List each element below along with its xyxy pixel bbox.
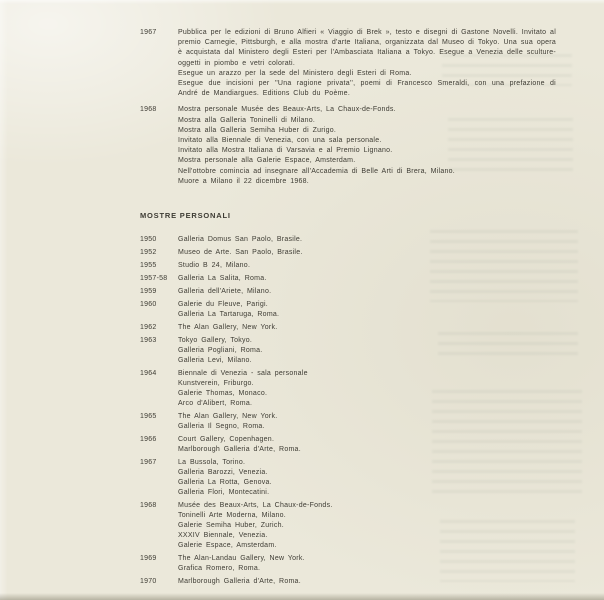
exhibition-entry: 1962 The Alan Gallery, New York. <box>140 323 558 333</box>
bio-paragraph: Mostra alla Galleria Toninelli di Milano… <box>178 116 556 126</box>
exhibition-entry: 1967 La Bussola, Torino.Galleria Barozzi… <box>140 458 558 498</box>
exhibition-year: 1965 <box>140 412 178 432</box>
exhibition-venues: The Alan Gallery, New York.Galleria Il S… <box>178 412 556 432</box>
bio-paragraphs: Mostra personale Musée des Beaux-Arts, L… <box>178 105 556 187</box>
page-left-edge-highlight <box>0 0 8 600</box>
bio-paragraph: Esegue un arazzo per la sede del Ministe… <box>178 69 556 79</box>
exhibition-venue: Galleria La Rotta, Genova. <box>178 478 556 488</box>
exhibition-year: 1952 <box>140 248 178 258</box>
exhibition-year: 1966 <box>140 435 178 455</box>
bio-paragraphs: Pubblica per le edizioni di Bruno Alfier… <box>178 28 556 99</box>
exhibition-entry: 1968 Musée des Beaux-Arts, La Chaux-de-F… <box>140 501 558 551</box>
exhibition-venues: The Alan Gallery, New York. <box>178 323 556 333</box>
exhibition-venues: Biennale di Venezia - sala personaleKuns… <box>178 369 556 409</box>
exhibition-venue: Galleria dell'Ariete, Milano. <box>178 287 556 297</box>
exhibition-year: 1963 <box>140 336 178 366</box>
exhibition-year: 1964 <box>140 369 178 409</box>
exhibition-venues: Galleria Domus San Paolo, Brasile. <box>178 235 556 245</box>
exhibition-venues: Tokyo Gallery, Tokyo.Galleria Pogliani, … <box>178 336 556 366</box>
exhibition-entry: 1959 Galleria dell'Ariete, Milano. <box>140 287 558 297</box>
exhibition-entry: 1960 Galerie du Fleuve, Parigi.Galleria … <box>140 300 558 320</box>
exhibition-year: 1950 <box>140 235 178 245</box>
biography-section: 1967 Pubblica per le edizioni di Bruno A… <box>140 28 558 187</box>
exhibition-venue: Galleria La Tartaruga, Roma. <box>178 310 556 320</box>
exhibition-entry: 1950 Galleria Domus San Paolo, Brasile. <box>140 235 558 245</box>
exhibition-venues: Musée des Beaux-Arts, La Chaux-de-Fonds.… <box>178 501 556 551</box>
page-top-edge-highlight <box>0 0 604 4</box>
exhibition-entry: 1965 The Alan Gallery, New York.Galleria… <box>140 412 558 432</box>
exhibition-year: 1957-58 <box>140 274 178 284</box>
biography-year: 1967 <box>140 28 178 99</box>
scanned-book-page: 1967 Pubblica per le edizioni di Bruno A… <box>0 0 604 600</box>
biography-entry: 1968 Mostra personale Musée des Beaux-Ar… <box>140 105 558 187</box>
bio-paragraph: Invitato alla Biennale di Venezia, con u… <box>178 136 556 146</box>
exhibition-venue: Court Gallery, Copenhagen. <box>178 435 556 445</box>
exhibition-venue: Museo de Arte. San Paolo, Brasile. <box>178 248 556 258</box>
page-bottom-edge-shadow <box>0 593 604 600</box>
exhibition-venue: Galleria Levi, Milano. <box>178 356 556 366</box>
exhibition-venue: Studio B 24, Milano. <box>178 261 556 271</box>
exhibition-year: 1967 <box>140 458 178 498</box>
exhibition-venues: Museo de Arte. San Paolo, Brasile. <box>178 248 556 258</box>
exhibition-venue: Galerie Thomas, Monaco. <box>178 389 556 399</box>
exhibition-year: 1969 <box>140 554 178 574</box>
exhibition-venues: The Alan-Landau Gallery, New York.Grafic… <box>178 554 556 574</box>
bio-paragraph: Mostra personale alla Galerie Espace, Am… <box>178 156 556 166</box>
exhibition-venue: Galleria Domus San Paolo, Brasile. <box>178 235 556 245</box>
exhibition-venue: Galerie Espace, Amsterdam. <box>178 541 556 551</box>
exhibition-entry: 1963 Tokyo Gallery, Tokyo.Galleria Pogli… <box>140 336 558 366</box>
page-content: 1967 Pubblica per le edizioni di Bruno A… <box>140 28 558 590</box>
exhibition-venues: La Bussola, Torino.Galleria Barozzi, Ven… <box>178 458 556 498</box>
exhibition-venue: Biennale di Venezia - sala personale <box>178 369 556 379</box>
exhibition-venue: Galerie Semiha Huber, Zurich. <box>178 521 556 531</box>
exhibition-venue: Galleria Pogliani, Roma. <box>178 346 556 356</box>
exhibition-venue: The Alan-Landau Gallery, New York. <box>178 554 556 564</box>
exhibitions-heading: MOSTRE PERSONALI <box>140 211 558 221</box>
exhibition-venue: XXXIV Biennale, Venezia. <box>178 531 556 541</box>
exhibition-venues: Galleria La Salita, Roma. <box>178 274 556 284</box>
bio-paragraph: Mostra personale Musée des Beaux-Arts, L… <box>178 105 556 115</box>
exhibition-venue: Galleria Il Segno, Roma. <box>178 422 556 432</box>
exhibition-venue: Galleria Flori, Montecatini. <box>178 488 556 498</box>
bio-paragraph: Mostra alla Galleria Semiha Huber di Zur… <box>178 126 556 136</box>
exhibition-entry: 1952 Museo de Arte. San Paolo, Brasile. <box>140 248 558 258</box>
exhibition-venues: Marlborough Galleria d'Arte, Roma. <box>178 577 556 587</box>
exhibition-year: 1960 <box>140 300 178 320</box>
exhibition-venue: The Alan Gallery, New York. <box>178 412 556 422</box>
exhibition-venue: Galerie du Fleuve, Parigi. <box>178 300 556 310</box>
exhibition-venue: Marlborough Galleria d'Arte, Roma. <box>178 577 556 587</box>
exhibition-entry: 1966 Court Gallery, Copenhagen.Marlborou… <box>140 435 558 455</box>
bio-paragraph: Muore a Milano il 22 dicembre 1968. <box>178 177 556 187</box>
exhibition-year: 1955 <box>140 261 178 271</box>
exhibition-venue: The Alan Gallery, New York. <box>178 323 556 333</box>
exhibition-entry: 1955 Studio B 24, Milano. <box>140 261 558 271</box>
exhibition-venue: Galleria Barozzi, Venezia. <box>178 468 556 478</box>
exhibition-venues: Studio B 24, Milano. <box>178 261 556 271</box>
exhibition-entry: 1964 Biennale di Venezia - sala personal… <box>140 369 558 409</box>
exhibition-venues: Galerie du Fleuve, Parigi.Galleria La Ta… <box>178 300 556 320</box>
bio-paragraph: Invitato alla Mostra Italiana di Varsavi… <box>178 146 556 156</box>
exhibition-venue: Tokyo Gallery, Tokyo. <box>178 336 556 346</box>
exhibition-year: 1959 <box>140 287 178 297</box>
exhibition-entry: 1970 Marlborough Galleria d'Arte, Roma. <box>140 577 558 587</box>
exhibition-entry: 1969 The Alan-Landau Gallery, New York.G… <box>140 554 558 574</box>
exhibition-venue: Musée des Beaux-Arts, La Chaux-de-Fonds. <box>178 501 556 511</box>
bio-paragraph: Esegue due incisioni per ''Una ragione p… <box>178 79 556 99</box>
bio-paragraph: Pubblica per le edizioni di Bruno Alfier… <box>178 28 556 69</box>
exhibition-venue: Galleria La Salita, Roma. <box>178 274 556 284</box>
exhibition-venues: Court Gallery, Copenhagen.Marlborough Ga… <box>178 435 556 455</box>
exhibitions-list: 1950 Galleria Domus San Paolo, Brasile. … <box>140 235 558 587</box>
exhibition-venue: Arco d'Alibert, Roma. <box>178 399 556 409</box>
exhibition-venue: Toninelli Arte Moderna, Milano. <box>178 511 556 521</box>
exhibition-year: 1968 <box>140 501 178 551</box>
exhibition-venue: Kunstverein, Friburgo. <box>178 379 556 389</box>
exhibition-venues: Galleria dell'Ariete, Milano. <box>178 287 556 297</box>
exhibition-venue: La Bussola, Torino. <box>178 458 556 468</box>
exhibition-venue: Grafica Romero, Roma. <box>178 564 556 574</box>
exhibition-entry: 1957-58 Galleria La Salita, Roma. <box>140 274 558 284</box>
bio-paragraph: Nell'ottobre comincia ad insegnare all'A… <box>178 167 556 177</box>
exhibition-year: 1962 <box>140 323 178 333</box>
exhibition-venue: Marlborough Galleria d'Arte, Roma. <box>178 445 556 455</box>
exhibition-year: 1970 <box>140 577 178 587</box>
biography-year: 1968 <box>140 105 178 187</box>
biography-entry: 1967 Pubblica per le edizioni di Bruno A… <box>140 28 558 99</box>
